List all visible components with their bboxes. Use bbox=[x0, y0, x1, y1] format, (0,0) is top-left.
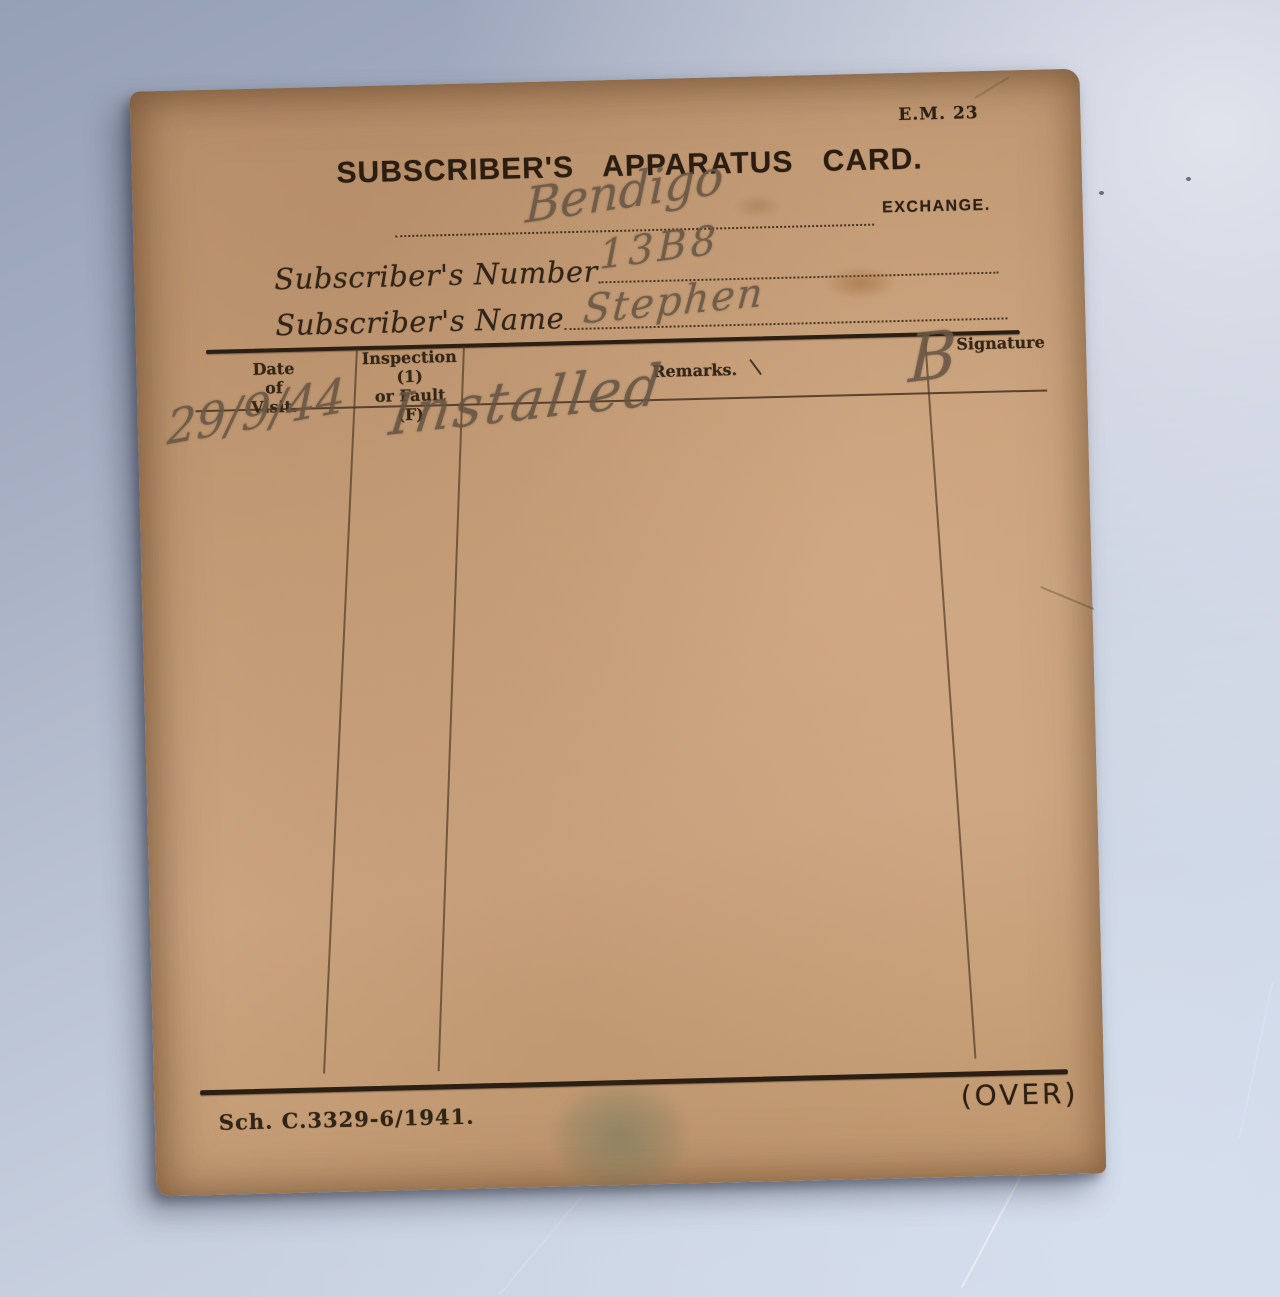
crease-mark bbox=[1040, 586, 1094, 610]
exchange-label: EXCHANGE. bbox=[882, 197, 991, 218]
photo-background: E.M. 23 SUBSCRIBER'S APPARATUS CARD. EXC… bbox=[0, 0, 1280, 1297]
background-speck bbox=[1186, 177, 1191, 181]
background-scratch bbox=[1238, 982, 1273, 1139]
table-row-signature-value: B bbox=[907, 315, 957, 398]
corner-crease-mark bbox=[974, 76, 1009, 99]
apparatus-card: E.M. 23 SUBSCRIBER'S APPARATUS CARD. EXC… bbox=[130, 69, 1107, 1197]
subscriber-number-label: Subscriber's Number bbox=[274, 254, 598, 296]
schedule-number: Sch. C.3329-6/1941. bbox=[219, 1104, 475, 1135]
background-speck bbox=[1099, 191, 1104, 195]
header-line: Inspection bbox=[358, 348, 460, 369]
table-divider-inspection-remarks bbox=[438, 346, 465, 1072]
over-label: (OVER) bbox=[960, 1077, 1078, 1113]
form-code: E.M. 23 bbox=[898, 103, 979, 125]
table-divider-remarks-signature bbox=[924, 334, 977, 1058]
background-scratch bbox=[498, 1195, 583, 1296]
green-stain bbox=[549, 1078, 692, 1196]
subscriber-name-label: Subscriber's Name bbox=[275, 301, 565, 342]
table-divider-date-inspection bbox=[323, 348, 358, 1073]
